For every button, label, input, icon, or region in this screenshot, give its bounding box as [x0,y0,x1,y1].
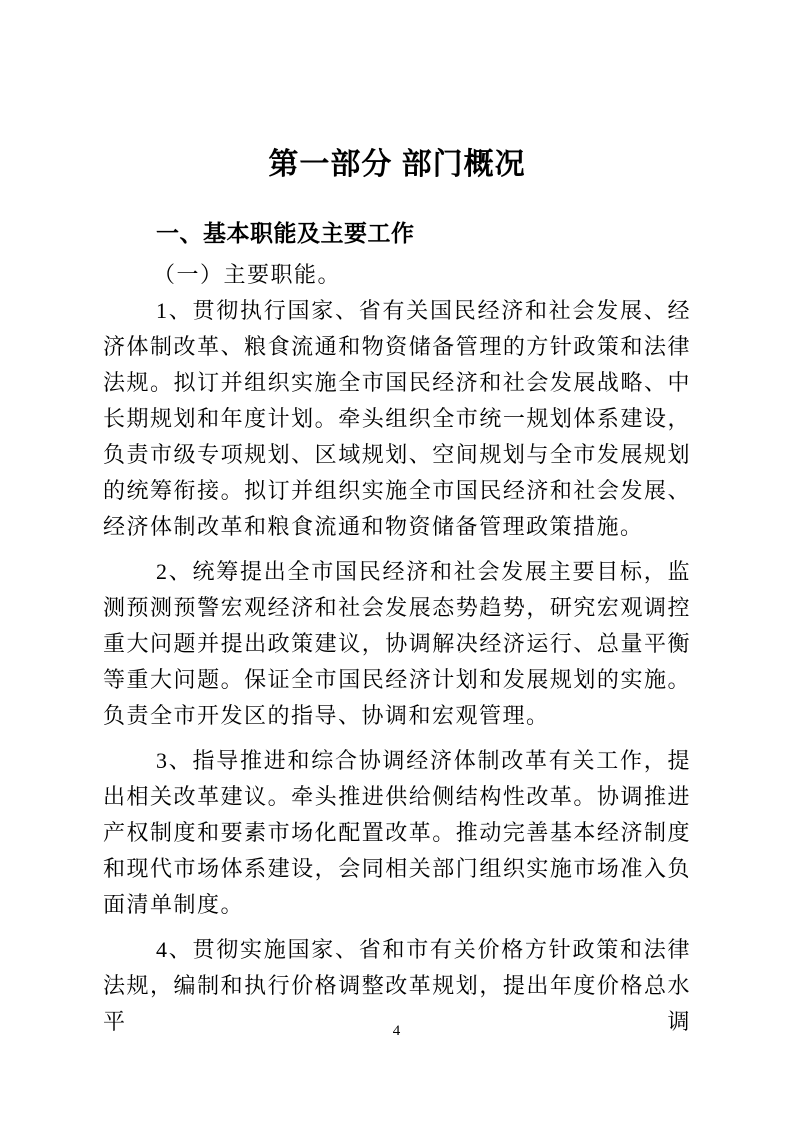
paragraph-3: 3、指导推进和综合协调经济体制改革有关工作，提出相关改革建议。牵头推进供给侧结构… [103,743,691,923]
page-number: 4 [0,1022,793,1040]
subsection-heading: （一）主要职能。 [103,257,691,293]
paragraph-1: 1、贯彻执行国家、省有关国民经济和社会发展、经济体制改革、粮食流通和物资储备管理… [103,293,691,545]
paragraph-2: 2、统筹提出全市国民经济和社会发展主要目标，监测预测预警宏观经济和社会发展态势趋… [103,554,691,734]
document-page: 第一部分 部门概况 一、基本职能及主要工作 （一）主要职能。 1、贯彻执行国家、… [0,0,793,1122]
document-content: 第一部分 部门概况 一、基本职能及主要工作 （一）主要职能。 1、贯彻执行国家、… [103,0,691,1040]
section-heading: 一、基本职能及主要工作 [103,219,691,247]
page-title: 第一部分 部门概况 [103,0,691,185]
